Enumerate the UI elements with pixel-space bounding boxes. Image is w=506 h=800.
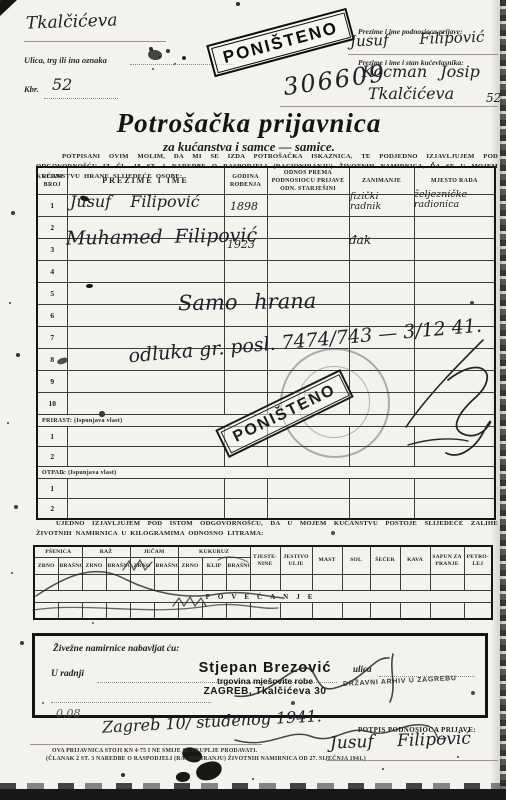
col-redni-broj: REDNI BROJ	[37, 167, 67, 195]
scan-bottom-band	[0, 789, 506, 800]
cancel-stamp-text: PONIŠTENO	[210, 12, 350, 73]
row1-name-handwritten: Jusuf Filipović	[70, 194, 200, 211]
handwriting-squiggle	[225, 644, 475, 710]
answer-line	[44, 98, 118, 99]
shop-label: U radnji	[51, 669, 84, 679]
row1-workplace-handwritten: željezničke radionica	[414, 190, 494, 210]
street-label: Ulica, trg ili ina oznaka	[24, 55, 107, 65]
ink-blot	[176, 772, 190, 782]
ink-blot	[194, 759, 223, 782]
col-godina: GODINA ROĐENJA	[224, 167, 267, 195]
otpad-row: 1	[37, 479, 495, 499]
handwriting-squiggle	[28, 548, 498, 622]
form-title: Potrošačka prijavnica	[0, 108, 498, 139]
answer-line	[51, 702, 211, 703]
supplies-intro: UJEDNO IZJAVLJUJEM POD ISTOM ODGOVORNOŠĆ…	[36, 519, 498, 539]
house-number-handwritten: 52	[52, 77, 72, 94]
person-row: 4	[37, 261, 495, 283]
signature-flourish	[388, 335, 503, 470]
col-odnos: ODNOS PREMA PODNOSIOCU PRIJAVE ODN. STAR…	[267, 167, 349, 195]
paper-specks	[0, 0, 2, 2]
owner-street-handwritten: Tkalčićeva	[368, 86, 454, 103]
scan-corner-mark	[0, 0, 17, 16]
answer-line	[280, 106, 498, 107]
ink-blot	[147, 48, 163, 61]
owner-handwritten: Kocman Josip	[362, 64, 480, 81]
col-prezime-ime: PREZIME I IME	[67, 167, 224, 195]
row1-year-handwritten: 1898	[230, 201, 258, 213]
handwriting-flourish	[60, 706, 500, 762]
owner-number-handwritten: 52	[486, 92, 501, 105]
street-handwritten: Tkalčićeva	[26, 12, 118, 33]
scanned-document: Tkalčićeva Ulica, trg ili ina oznaka Kbr…	[0, 0, 506, 800]
note-samo-hrana-handwritten: Samo hrana	[178, 290, 317, 314]
row3-year-handwritten: 1923	[227, 239, 255, 251]
row3-occupation-handwritten: đak	[349, 234, 371, 247]
answer-line	[24, 41, 166, 42]
applicant-handwritten: Jusuf Filipović	[350, 30, 485, 50]
row1-occupation-handwritten: fizički radnik	[350, 192, 408, 212]
otpad-row: 2	[37, 499, 495, 520]
house-number-label: Kbr.	[24, 84, 39, 94]
purchase-intro: Živežne namirnice nabavljat ću:	[53, 644, 179, 654]
answer-line	[348, 54, 498, 55]
